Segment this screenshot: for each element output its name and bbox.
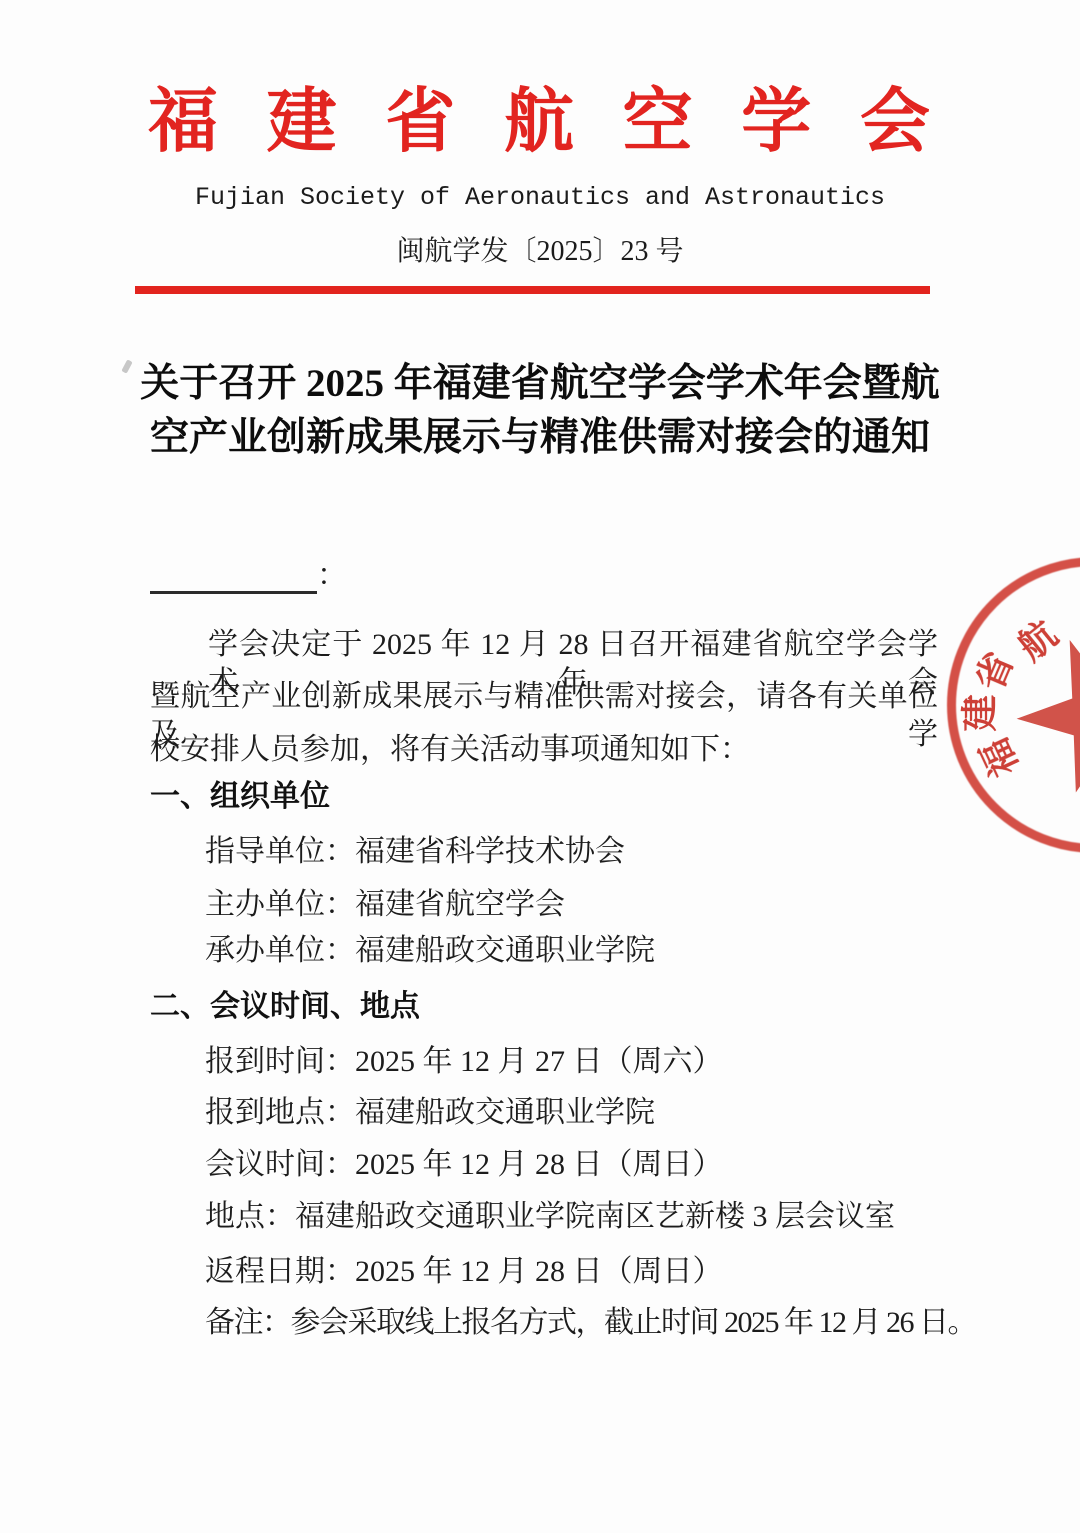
section-heading-time-place: 二、会议时间、地点 (150, 988, 938, 1026)
scan-artifact-mark (121, 359, 132, 373)
notice-title-line-1: 关于召开 2025 年福建省航空学会学术年会暨航 (140, 360, 940, 408)
list-item-meeting-place: 地点：福建船政交通职业学院南区艺新楼 3 层会议室 (205, 1198, 960, 1236)
list-item-checkin-time: 报到时间：2025 年 12 月 27 日（周六） (205, 1043, 960, 1081)
official-notice-document: 福建省航空学会 Fujian Society of Aeronautics an… (0, 0, 1080, 1533)
fill-in-blank-underline (150, 561, 317, 594)
paragraph-line: 校安排人员参加，将有关活动事项通知如下： (150, 731, 938, 769)
letterhead-divider-rule (135, 286, 930, 294)
list-item-guiding-unit: 指导单位：福建省科学技术协会 (205, 833, 960, 871)
notice-title-line-2: 空产业创新成果展示与精准供需对接会的通知 (140, 414, 940, 462)
document-number: 闽航学发〔2025〕23 号 (0, 235, 1080, 269)
seal-char: 建 (950, 695, 1004, 732)
list-item-remark: 备注：参会采取线上报名方式，截止时间 2025 年 12 月 26 日。 (205, 1304, 960, 1342)
list-item-undertaking-unit: 承办单位：福建船政交通职业学院 (205, 932, 960, 970)
organization-name-en: Fujian Society of Aeronautics and Astron… (0, 183, 1080, 213)
list-item-return-date: 返程日期：2025 年 12 月 28 日（周日） (205, 1253, 960, 1291)
list-item-checkin-place: 报到地点：福建船政交通职业学院 (205, 1094, 960, 1132)
recipient-blank-line: ： (150, 558, 347, 594)
organization-name-cn: 福建省航空学会 (148, 86, 930, 160)
section-heading-organizers: 一、组织单位 (150, 778, 938, 816)
list-item-meeting-time: 会议时间：2025 年 12 月 28 日（周日） (205, 1146, 960, 1184)
salutation-colon: ： (317, 558, 347, 594)
list-item-host-unit: 主办单位：福建省航空学会 (205, 886, 960, 924)
official-red-seal: 航 省 建 福 (947, 557, 1080, 853)
